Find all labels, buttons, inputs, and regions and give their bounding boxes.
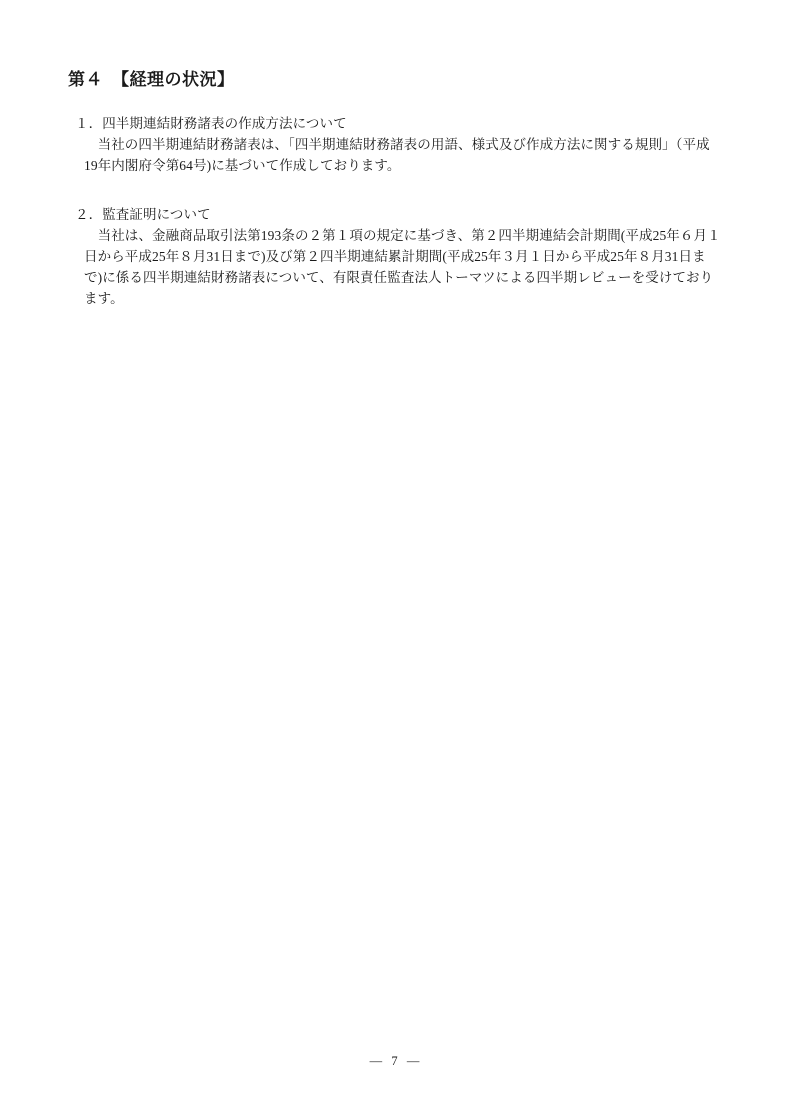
paragraph-line: 当社の四半期連結財務諸表は、「四半期連結財務諸表の用語、様式及び作成方法に関する… (84, 134, 723, 155)
paragraph-line: 日から平成25年８月31日まで)及び第２四半期連結累計期間(平成25年３月１日か… (84, 246, 723, 267)
paragraph-line: で)に係る四半期連結財務諸表について、有限責任監査法人トーマツによる四半期レビュ… (84, 267, 723, 288)
document-page: 第４ 【経理の状況】 １．四半期連結財務諸表の作成方法について 当社の四半期連結… (0, 0, 790, 1118)
section-paragraph: 当社は、金融商品取引法第193条の２第１項の規定に基づき、第２四半期連結会計期間… (84, 225, 723, 309)
paragraph-line: 当社は、金融商品取引法第193条の２第１項の規定に基づき、第２四半期連結会計期間… (84, 225, 723, 246)
section-heading: １．四半期連結財務諸表の作成方法について (75, 113, 723, 134)
page-title: 第４ 【経理の状況】 (68, 69, 235, 91)
paragraph-line: 19年内閣府令第64号)に基づいて作成しております。 (84, 155, 723, 176)
page-number: ― 7 ― (0, 1051, 790, 1072)
section-audit-certification: ２．監査証明について 当社は、金融商品取引法第193条の２第１項の規定に基づき、… (75, 204, 723, 309)
section-heading: ２．監査証明について (75, 204, 723, 225)
section-preparation-method: １．四半期連結財務諸表の作成方法について 当社の四半期連結財務諸表は、「四半期連… (75, 113, 723, 176)
paragraph-line: ます。 (84, 288, 723, 309)
section-paragraph: 当社の四半期連結財務諸表は、「四半期連結財務諸表の用語、様式及び作成方法に関する… (84, 134, 723, 176)
